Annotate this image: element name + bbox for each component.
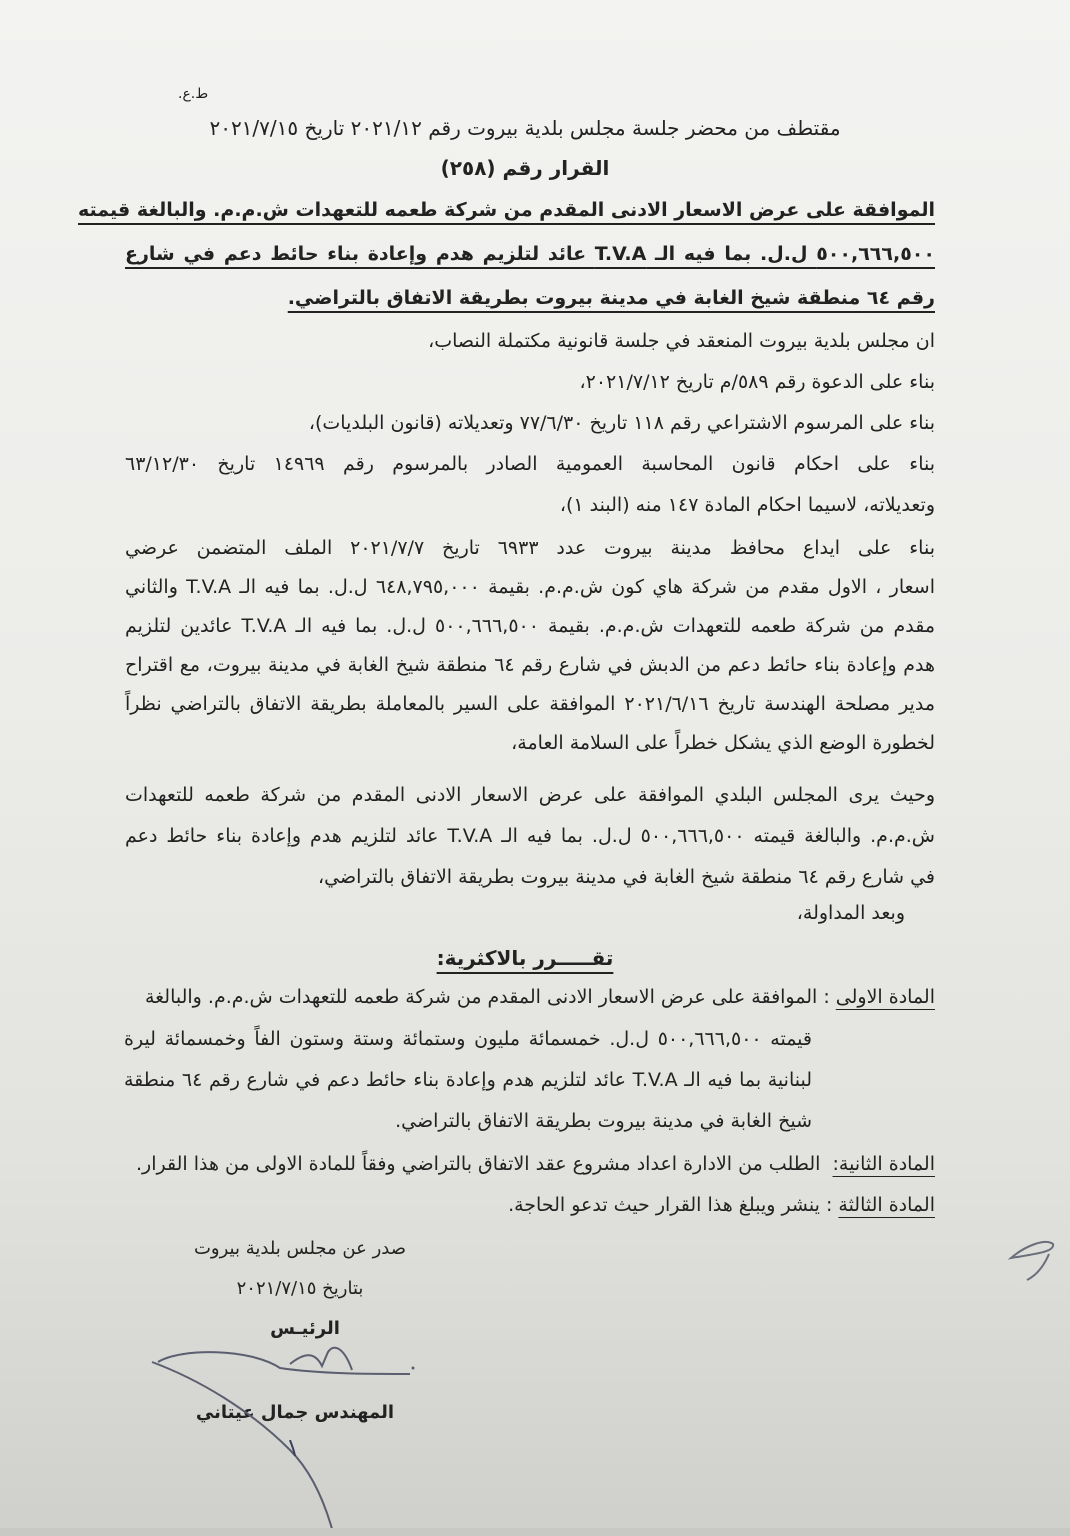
signatory-title: الرئيـس — [175, 1318, 435, 1339]
article-1-line-3: لبنانية بما فيه الـ T.V.A عائد لتلزيم هد… — [124, 1068, 812, 1092]
preamble-line-1: ان مجلس بلدية بيروت المنعقد في جلسة قانو… — [428, 329, 935, 353]
page-edge — [0, 1528, 1070, 1536]
article-2-separator — [820, 1153, 832, 1175]
extract-title: مقتطف من محضر جلسة مجلس بلدية بيروت رقم … — [130, 116, 920, 140]
article-1-first-line: المادة الاولى : الموافقة على عرض الاسعار… — [145, 985, 935, 1009]
subject-line-1: الموافقة على عرض الاسعار الادنى المقدم م… — [125, 198, 935, 222]
article-1-line-4: شيخ الغابة في مدينة بيروت بطريقة الاتفاق… — [395, 1109, 812, 1133]
decision-title: تقـــــرر بالاكثرية: — [130, 946, 920, 970]
accounting-law-line-2: وتعديلاته، لاسيما احكام المادة ١٤٧ منه (… — [560, 493, 935, 517]
whereas-line-3: في شارع رقم ٦٤ منطقة شيخ الغابة في مدينة… — [318, 865, 935, 889]
article-1-line-2: قيمته ٥٠٠,٦٦٦,٥٠٠ ل.ل. خمسمائة مليون وست… — [124, 1027, 812, 1051]
pen-stroke-icon — [288, 1440, 302, 1536]
article-3-separator: : — [820, 1194, 838, 1216]
deposit-line-4: هدم وإعادة بناء حائط دعم من الدبش في شار… — [125, 653, 935, 677]
preamble-line-2: بناء على الدعوة رقم ٥٨٩/م تاريخ ٢٠٢١/٧/١… — [580, 370, 936, 394]
issued-by: صدر عن مجلس بلدية بيروت — [170, 1238, 430, 1259]
deliberation-text: وبعد المداولة، — [797, 901, 905, 925]
article-1-separator: : — [817, 986, 835, 1008]
article-3: المادة الثالثة : ينشر ويبلغ هذا القرار ح… — [508, 1193, 935, 1217]
deposit-line-2: اسعار ، الاول مقدم من شركة هاي كون ش.م.م… — [125, 575, 935, 599]
deposit-line-5: مدير مصلحة الهندسة تاريخ ٢٠٢١/٦/١٦ الموا… — [125, 692, 935, 716]
subject-line-3: رقم ٦٤ منطقة شيخ الغابة في مدينة بيروت ب… — [288, 286, 935, 310]
accounting-law-line-1: بناء على احكام قانون المحاسبة العمومية ا… — [125, 452, 935, 476]
article-2: المادة الثانية: الطلب من الادارة اعداد م… — [136, 1152, 935, 1176]
document-page: ط.ع. مقتطف من محضر جلسة مجلس بلدية بيروت… — [0, 0, 1070, 1536]
article-1-label: المادة الاولى — [836, 986, 935, 1008]
reference-initials: ط.ع. — [178, 86, 208, 102]
preamble-line-3: بناء على المرسوم الاشتراعي رقم ١١٨ تاريخ… — [309, 411, 935, 435]
deposit-line-3: مقدم من شركة طعمه للتعهدات ش.م.م. بقيمة … — [125, 614, 935, 638]
deposit-line-1: بناء على ايداع محافظ مدينة بيروت عدد ٦٩٣… — [125, 536, 935, 560]
article-3-label: المادة الثالثة — [838, 1194, 935, 1216]
issue-date: بتاريخ ٢٠٢١/٧/١٥ — [170, 1278, 430, 1299]
deposit-line-6: لخطورة الوضع الذي يشكل خطراً على السلامة… — [511, 731, 935, 755]
margin-initial-mark-icon — [1005, 1232, 1065, 1292]
article-1-line-1: الموافقة على عرض الاسعار الادنى المقدم م… — [145, 986, 817, 1008]
whereas-line-1: وحيث يرى المجلس البلدي الموافقة على عرض … — [125, 783, 935, 807]
article-3-text: ينشر ويبلغ هذا القرار حيث تدعو الحاجة. — [508, 1194, 820, 1216]
subject-line-2: ٥٠٠,٦٦٦,٥٠٠ ل.ل. بما فيه الـ T.V.A عائد … — [125, 242, 935, 266]
article-2-label: المادة الثانية: — [833, 1153, 936, 1175]
whereas-line-2: ش.م.م. والبالغة قيمته ٥٠٠,٦٦٦,٥٠٠ ل.ل. ب… — [125, 824, 935, 848]
article-2-text: الطلب من الادارة اعداد مشروع عقد الاتفاق… — [136, 1153, 820, 1175]
decision-number: القرار رقم (٢٥٨) — [130, 156, 920, 180]
